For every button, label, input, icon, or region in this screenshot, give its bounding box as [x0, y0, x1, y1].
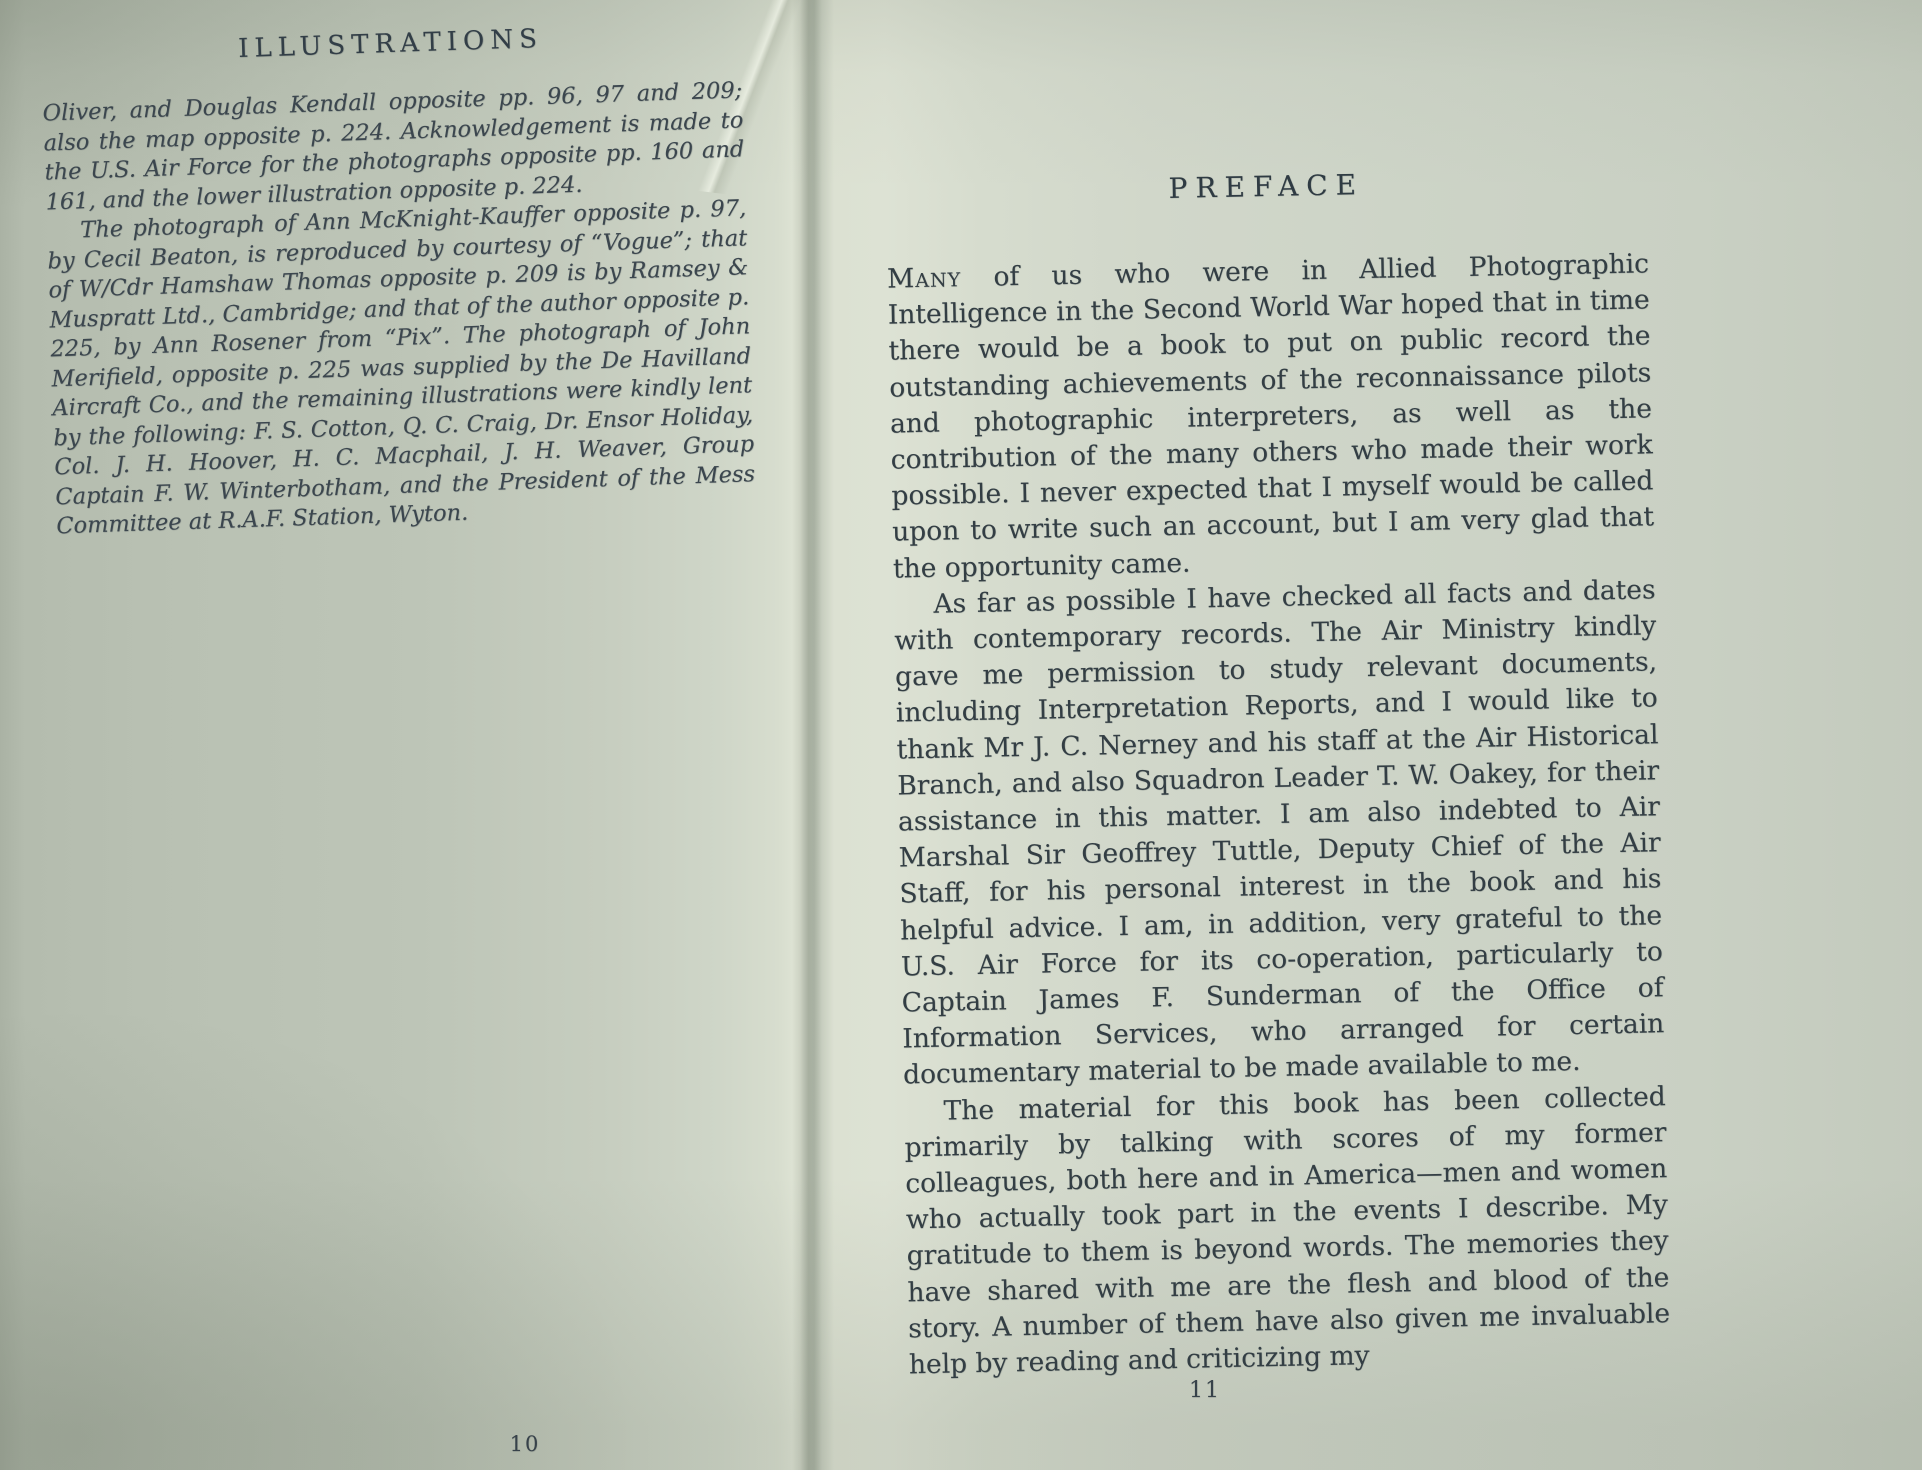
preface-paragraph-2: As far as possible I have checked all fa… [893, 572, 1665, 1094]
left-page-title: ILLUSTRATIONS [40, 16, 741, 71]
illustrations-paragraph-2: The photograph of Ann McKnight-Kauffer o… [46, 194, 756, 542]
preface-paragraph-1: Many of us who were in Allied Photograph… [887, 246, 1655, 587]
preface-lead-word: Many [887, 262, 962, 294]
left-page: ILLUSTRATIONS Oliver, and Douglas Kendal… [40, 16, 756, 541]
preface-paragraph-1-text: of us who were in Allied Photographic In… [888, 248, 1655, 584]
open-book-photo: ILLUSTRATIONS Oliver, and Douglas Kendal… [0, 0, 1922, 1470]
right-page-title: PREFACE [885, 162, 1648, 211]
right-page-number: 11 [1145, 1378, 1265, 1403]
right-page: PREFACE Many of us who were in Allied Ph… [885, 162, 1671, 1383]
gutter-shadow [792, 0, 822, 1470]
left-page-number: 10 [465, 1432, 585, 1456]
preface-paragraph-3: The material for this book has been coll… [903, 1079, 1671, 1384]
illustrations-paragraph-1: Oliver, and Douglas Kendall opposite pp.… [42, 76, 746, 217]
